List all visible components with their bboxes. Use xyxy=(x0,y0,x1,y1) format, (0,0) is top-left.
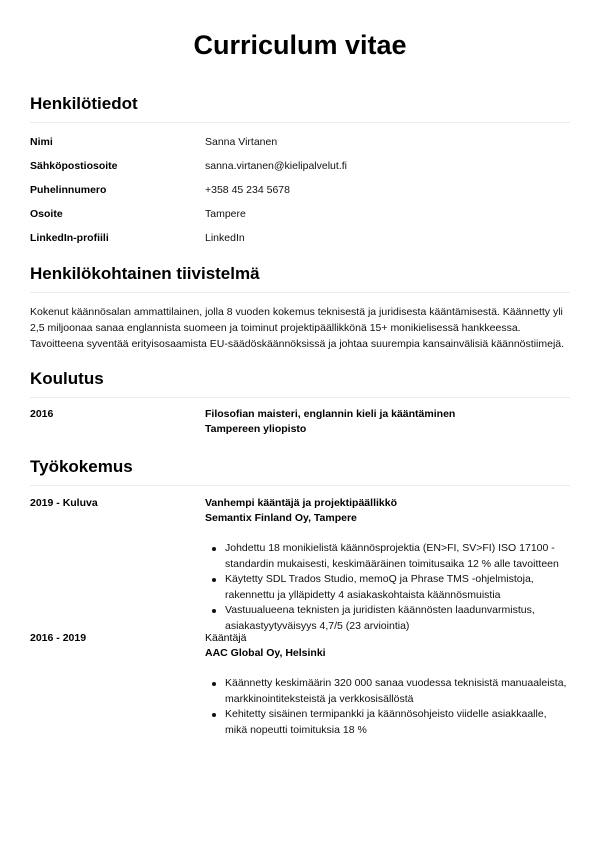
job-title: Vanhempi kääntäjä ja projektipäällikkö xyxy=(205,496,570,511)
list-item: Käännetty keskimäärin 320 000 sanaa vuod… xyxy=(225,676,570,707)
list-item: Käytetty SDL Trados Studio, memoQ ja Phr… xyxy=(225,572,570,603)
job-org: Semantix Finland Oy, Tampere xyxy=(205,511,570,526)
field-value: Sanna Virtanen xyxy=(205,136,277,148)
list-item: Kehitetty sisäinen termipankki ja käännö… xyxy=(225,707,570,738)
section-heading-experience: Työkokemus xyxy=(30,457,570,486)
summary-text: Kokenut käännösalan ammattilainen, jolla… xyxy=(30,304,570,352)
list-item: Vastuualueena teknisten ja juridisten kä… xyxy=(225,603,570,634)
section-heading-personal: Henkilötiedot xyxy=(30,94,570,123)
field-label: Nimi xyxy=(30,136,53,148)
field-label: Osoite xyxy=(30,208,63,220)
field-value: Tampere xyxy=(205,208,246,220)
job-bullets: Käännetty keskimäärin 320 000 sanaa vuod… xyxy=(205,676,570,738)
education-date: 2016 xyxy=(30,408,53,420)
job-entry: Vanhempi kääntäjä ja projektipäällikkö S… xyxy=(205,496,570,634)
job-date: 2019 - Kuluva xyxy=(30,497,98,509)
school: Tampereen yliopisto xyxy=(205,422,570,437)
linkedin-link[interactable]: LinkedIn xyxy=(205,232,245,244)
section-heading-education: Koulutus xyxy=(30,369,570,398)
cv-page: Curriculum vitae Henkilötiedot Nimi Sann… xyxy=(0,0,600,848)
job-title: Kääntäjä xyxy=(205,631,570,646)
field-label: Sähköpostiosoite xyxy=(30,160,118,172)
job-bullets: Johdettu 18 monikielistä käännösprojekti… xyxy=(205,541,570,634)
education-entry: Filosofian maisteri, englannin kieli ja … xyxy=(205,407,570,437)
field-label: Puhelinnumero xyxy=(30,184,106,196)
email-link[interactable]: sanna.virtanen@kielipalvelut.fi xyxy=(205,160,347,172)
field-label: LinkedIn-profiili xyxy=(30,232,109,244)
degree: Filosofian maisteri, englannin kieli ja … xyxy=(205,407,570,422)
section-heading-summary: Henkilökohtainen tiivistelmä xyxy=(30,264,570,293)
list-item: Johdettu 18 monikielistä käännösprojekti… xyxy=(225,541,570,572)
field-value: +358 45 234 5678 xyxy=(205,184,290,196)
job-date: 2016 - 2019 xyxy=(30,632,86,644)
job-entry: Kääntäjä AAC Global Oy, Helsinki Käännet… xyxy=(205,631,570,738)
job-org: AAC Global Oy, Helsinki xyxy=(205,646,570,661)
document-title: Curriculum vitae xyxy=(0,30,600,61)
